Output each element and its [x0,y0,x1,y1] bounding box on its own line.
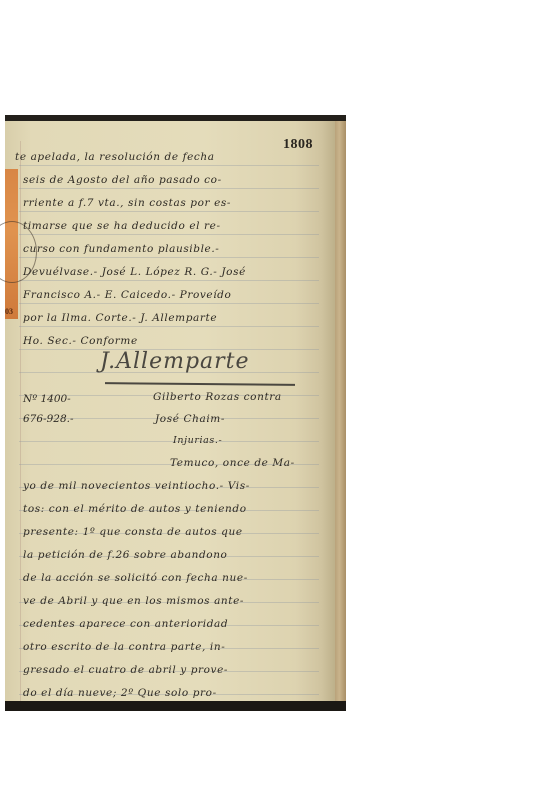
text-line: seis de Agosto del año pasado co- [23,174,222,186]
ledger-page: 03 1808 te apelada, la resolución de fec… [5,121,335,704]
text-line: curso con fundamento plausible.- [23,243,219,255]
ruled-line [19,211,319,212]
text-line: rriente a f.7 vta., sin costas por es- [23,197,231,209]
ruled-line [19,441,319,442]
case-subject: Injurias.- [173,435,222,446]
book-bottom-edge [5,701,346,711]
text-line: timarse que se ha deducido el re- [23,220,221,232]
text-line: Ho. Sec.- Conforme [23,335,138,347]
ruled-line [19,188,319,189]
text-line: presente: 1º que consta de autos que [23,526,243,538]
case-parties-line2: José Chaim- [155,413,225,425]
page-edge [335,121,346,704]
text-line: de la acción se solicitó con fecha nue- [23,572,248,584]
ruled-line [19,326,319,327]
text-line: Devuélvase.- José L. López R. G.- José [23,266,246,278]
text-line: te apelada, la resolución de fecha [15,151,215,163]
case-parties-line1: Gilberto Rozas contra [153,391,282,403]
text-line: do el día nueve; 2º Que solo pro- [23,687,217,699]
text-line: tos: con el mérito de autos y teniendo [23,503,247,515]
stamp-number: 03 [5,307,13,316]
text-line: por la Ilma. Corte.- J. Allemparte [23,312,217,324]
ruled-line [19,165,319,166]
text-line: yo de mil novecientos veintiocho.- Vis- [23,480,250,492]
case-reference: 676-928.- [23,413,74,425]
ruled-line [19,280,319,281]
text-line: gresado el cuatro de abril y prove- [23,664,228,676]
page-number: 1808 [283,137,313,153]
ruled-line [19,257,319,258]
document-scan: 03 1808 te apelada, la resolución de fec… [5,115,346,711]
text-line: Temuco, once de Ma- [170,457,295,469]
text-line: Francisco A.- E. Caicedo.- Proveído [23,289,231,301]
signature-underline [105,382,295,386]
case-number: Nº 1400- [23,393,71,405]
ruled-line [19,303,319,304]
text-line: cedentes aparece con anterioridad [23,618,228,630]
ruled-line [19,234,319,235]
signature: J.Allemparte [100,349,250,374]
text-line: otro escrito de la contra parte, in- [23,641,225,653]
text-line: ve de Abril y que en los mismos ante- [23,595,244,607]
text-line: la petición de f.26 sobre abandono [23,549,227,561]
